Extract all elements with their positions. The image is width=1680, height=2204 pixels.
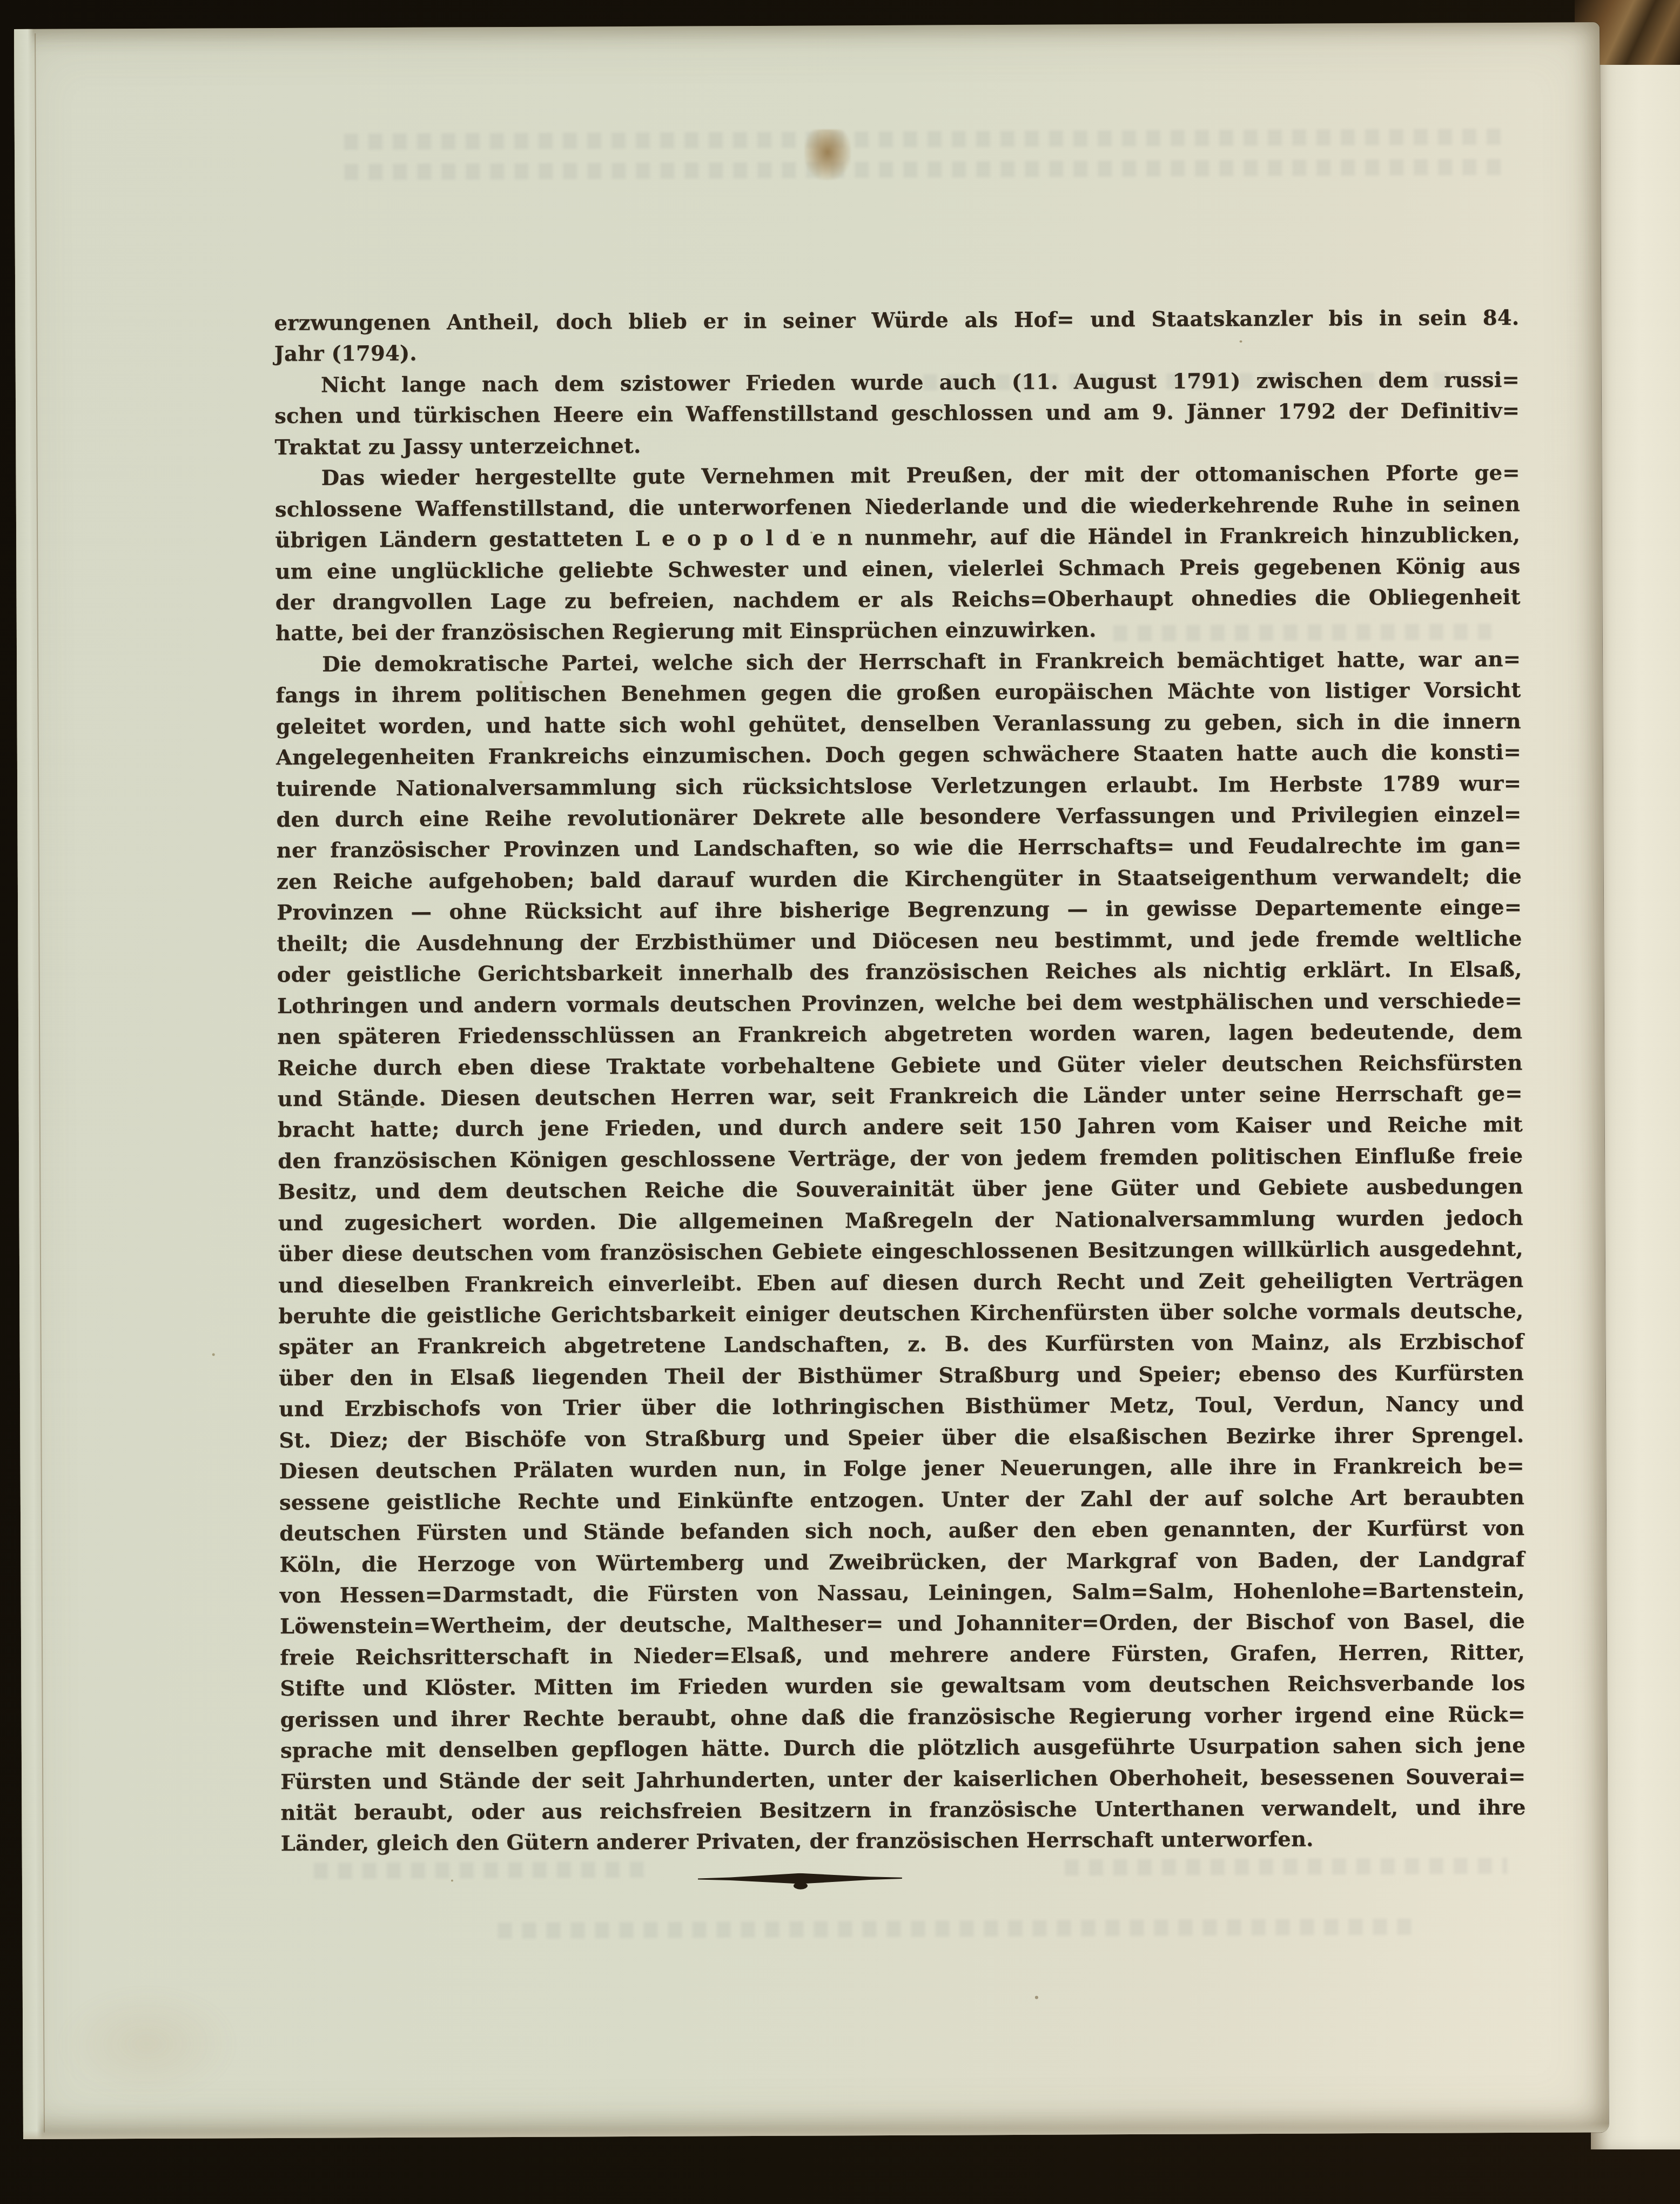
text-line: und Erzbischofs von Trier über die lothr… [279, 1389, 1524, 1425]
bleed-through-ghost [344, 129, 1506, 150]
text-line: Lothringen und andern vormals deutschen … [277, 985, 1522, 1021]
bleed-through-ghost [314, 1861, 649, 1879]
text-line: Provinzen — ohne Rücksicht auf ihre bish… [277, 892, 1522, 928]
text-line: deutschen Fürsten und Stände befanden si… [279, 1513, 1524, 1549]
text-line: Stifte und Klöster. Mitten im Frieden wu… [280, 1668, 1525, 1704]
section-divider-ornament [794, 1883, 808, 1890]
text-line: Besitz, und dem deutschen Reiche die Sou… [278, 1171, 1523, 1208]
paper-stain [804, 129, 851, 180]
page-text: erzwungenen Antheil, doch blieb er in se… [274, 303, 1526, 1860]
text-line: übrigen Ländern gestatteten L e o p o l … [275, 520, 1520, 556]
text-line: Nicht lange nach dem szistower Frieden w… [274, 365, 1520, 401]
paper-speck [1035, 1996, 1038, 1999]
text-line: ner französischer Provinzen und Landscha… [277, 830, 1522, 866]
text-line: fangs in ihrem politischen Benehmen gege… [275, 675, 1521, 711]
text-line: über diese deutschen vom französischen G… [278, 1234, 1523, 1270]
text-line: geleitet worden, und hatte sich wohl geh… [276, 706, 1521, 742]
text-line: sessene geistliche Rechte und Einkünfte … [279, 1482, 1524, 1518]
text-line: über den in Elsaß liegenden Theil der Bi… [279, 1358, 1524, 1394]
text-line: Angelegenheiten Frankreichs einzumischen… [276, 737, 1521, 773]
text-line: oder geistliche Gerichtsbarkeit innerhal… [277, 954, 1522, 990]
text-line: schen und türkischen Heere ein Waffensti… [274, 396, 1520, 432]
page-bottom-edge [23, 2123, 1609, 2139]
text-line: tuirende Nationalversammlung sich rücksi… [276, 768, 1521, 804]
text-line: und Stände. Diesen deutschen Herren war,… [278, 1078, 1523, 1115]
text-line: Diesen deutschen Prälaten wurden nun, in… [279, 1451, 1524, 1487]
text-line: und dieselben Frankreich einverleibt. Eb… [278, 1264, 1523, 1301]
paper-foxing [55, 1984, 239, 2103]
text-line: freie Reichsritterschaft in Nieder=Elsaß… [280, 1637, 1525, 1673]
text-line: den durch eine Reihe revolutionärer Dekr… [276, 799, 1521, 835]
text-line: nen späteren Friedensschlüssen an Frankr… [277, 1016, 1522, 1053]
text-line: Länder, gleich den Gütern anderer Privat… [281, 1823, 1526, 1859]
page-edge-strip [14, 29, 43, 2139]
text-line: Die demokratische Partei, welche sich de… [275, 644, 1521, 680]
book-photo-background: erzwungenen Antheil, doch blieb er in se… [0, 0, 1680, 2204]
book-page: erzwungenen Antheil, doch blieb er in se… [14, 22, 1609, 2139]
text-line: theilt; die Ausdehnung der Erzbisthümer … [277, 923, 1522, 960]
text-line: bracht hatte; durch jene Frieden, und du… [278, 1109, 1523, 1145]
text-line: Traktat zu Jassy unterzeichnet. [274, 427, 1520, 463]
text-line: nität beraubt, oder aus reichsfreien Bes… [280, 1792, 1526, 1828]
text-line: hatte, bei der französischen Regierung m… [275, 613, 1521, 649]
text-line: von Hessen=Darmstadt, die Fürsten von Na… [280, 1575, 1525, 1611]
text-line: den französischen Königen geschlossene V… [278, 1141, 1523, 1177]
text-line: Fürsten und Stände der seit Jahrhunderte… [280, 1761, 1526, 1797]
text-line: Reiche durch eben diese Traktate vorbeha… [277, 1047, 1522, 1083]
text-line: Löwenstein=Wertheim, der deutsche, Malth… [280, 1606, 1525, 1642]
bleed-through-ghost [1065, 1858, 1508, 1876]
text-line: Das wieder hergestellte gute Vernehmen m… [275, 458, 1520, 494]
text-line: Köln, die Herzoge von Würtemberg und Zwe… [279, 1544, 1524, 1580]
text-line: zen Reiche aufgehoben; bald darauf wurde… [277, 861, 1522, 897]
bleed-through-ghost [344, 159, 1506, 180]
text-line: gerissen und ihrer Rechte beraubt, ohne … [280, 1699, 1526, 1736]
paper-speck [212, 1353, 215, 1356]
paper-speck [451, 1879, 453, 1881]
text-line: um eine unglückliche geliebte Schwester … [275, 551, 1520, 587]
text-line: und zugesichert worden. Die allgemeinen … [278, 1203, 1523, 1239]
text-line: beruhte die geistliche Gerichtsbarkeit e… [278, 1296, 1523, 1332]
text-line: der drangvollen Lage zu befreien, nachde… [275, 582, 1521, 618]
bleed-through-ghost [498, 1919, 1416, 1939]
text-line: schlossene Waffenstillstand, die unterwo… [275, 488, 1520, 525]
text-line: sprache mit denselben gepflogen hätte. D… [280, 1730, 1526, 1766]
text-line: erzwungenen Antheil, doch blieb er in se… [274, 303, 1519, 339]
text-line: Jahr (1794). [274, 333, 1520, 370]
text-line: später an Frankreich abgetretene Landsch… [279, 1327, 1524, 1363]
text-line: St. Diez; der Bischöfe von Straßburg und… [279, 1420, 1524, 1456]
